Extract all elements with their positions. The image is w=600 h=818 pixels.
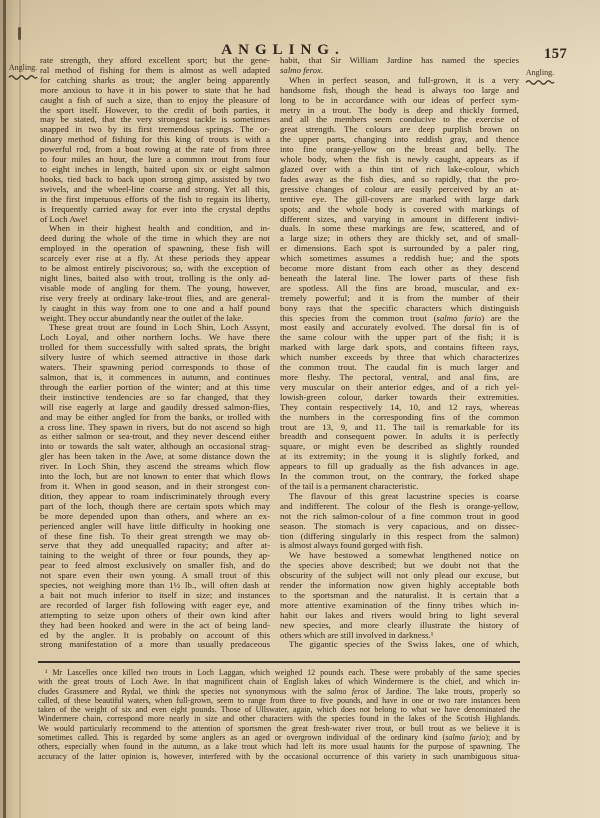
text-line: Loch Loyal, and other northern lochs. We… xyxy=(40,333,270,343)
text-line: rise very freely at ordinary lake-trout … xyxy=(40,294,270,304)
text-line: in the first impetuous efforts of the fi… xyxy=(40,195,270,205)
text-line: very muscular on their anterior edges, a… xyxy=(280,383,519,393)
page-gutter-line xyxy=(3,0,6,818)
text-line: and all the members seem conducive to th… xyxy=(280,115,519,125)
text-line: their instinctive tendencies are so far … xyxy=(40,393,270,403)
text-line: with the great trouts of Loch Awe. In th… xyxy=(38,677,520,686)
text-line: tentive eye. The gill-covers are marked … xyxy=(280,195,519,205)
text-line: long to be in accordance with our ideas … xyxy=(280,96,519,106)
text-line: beneath the lateral line. The lower part… xyxy=(280,274,519,284)
text-line: and may be either angled for from the ba… xyxy=(40,413,270,423)
text-line: not spare even their own young. A small … xyxy=(40,571,270,581)
text-line: taken of the weight of six and even eigh… xyxy=(38,705,520,714)
text-line: of these fine fish. To their great stren… xyxy=(40,532,270,542)
text-line: others which are still involved in darkn… xyxy=(280,631,519,641)
text-line: of the tail is a permanent characteristi… xyxy=(280,482,519,492)
text-line: scarcely ever rise at a fly. At these pe… xyxy=(40,254,270,264)
text-line: They contain respectively 14, 10, and 12… xyxy=(280,403,519,413)
text-line: er dimensions. Each spot is surrounded b… xyxy=(280,244,519,254)
page-number: 157 xyxy=(544,46,567,63)
text-line: gressive changes of colour are easily pe… xyxy=(280,185,519,195)
page-gutter-line-faint xyxy=(19,0,21,818)
text-line: ly caught in this way from one to one an… xyxy=(40,304,270,314)
text-line: are recorded of larger fish following wi… xyxy=(40,601,270,611)
text-line: which sometimes assumes a reddish hue; a… xyxy=(280,254,519,264)
text-line: different sizes, and varying in amount i… xyxy=(280,215,519,225)
wavy-flourish-icon xyxy=(525,78,555,86)
text-line: a large size; in others they are thickly… xyxy=(280,234,519,244)
text-line: may be stated, that the very strongest t… xyxy=(40,115,270,125)
text-line: We would particularly recommend to the a… xyxy=(38,724,520,733)
text-line: square, or might even be described as sl… xyxy=(280,442,519,452)
text-line: the common trout. The caudal fin is much… xyxy=(280,363,519,373)
text-line: spots; and the whole body is covered wit… xyxy=(280,205,519,215)
text-line: obscurity of the subject will not only p… xyxy=(280,571,519,581)
text-line: into fine orange-yellow on the breast an… xyxy=(280,145,519,155)
text-line: glazed over with a thin tint of rich lak… xyxy=(280,165,519,175)
text-line: for catching sharks as trout; the angler… xyxy=(40,76,270,86)
text-line: more fleshy. The pectoral, ventral, and … xyxy=(280,373,519,383)
text-line: trout are 13, 9, and 11. The tail is rem… xyxy=(280,423,519,433)
text-line: this species from the common trout (salm… xyxy=(280,314,519,324)
text-line: is almost always found gorged with fish. xyxy=(280,541,519,551)
text-line: habit our lakes and rivers would bring t… xyxy=(280,611,519,621)
text-line: into or towards the salt water, although… xyxy=(40,442,270,452)
text-line: waters. Their spawning period correspond… xyxy=(40,363,270,373)
text-column-left: rate strength, they afford excellent spo… xyxy=(40,56,270,650)
text-line: great strength. The colours are deep pur… xyxy=(280,125,519,135)
text-line: at its extremity; in the young it is sli… xyxy=(280,452,519,462)
text-line: tremely powerful; and it is from the num… xyxy=(280,294,519,304)
text-line: of Loch Awe! xyxy=(40,215,270,225)
text-line: become more distant from each other as t… xyxy=(280,264,519,274)
text-line: ¹ Mr Lascelles once killed two trouts in… xyxy=(38,668,520,677)
text-line: the upper parts, changing into reddish g… xyxy=(280,135,519,145)
margin-note-left-label: Angling. xyxy=(9,63,37,72)
text-line: hooks, tied back to back upon strong gim… xyxy=(40,175,270,185)
text-line: visable mode of angling for them. The yo… xyxy=(40,284,270,294)
text-line: rate strength, they afford excellent spo… xyxy=(40,56,270,66)
text-line: lowish-green colour, darker towards thei… xyxy=(280,393,519,403)
text-line: appears to fill up gradually as the fish… xyxy=(280,462,519,472)
footnote: ¹ Mr Lascelles once killed two trouts in… xyxy=(38,668,520,761)
text-line: ral method of fishing for them is almost… xyxy=(40,66,270,76)
margin-note-right-label: Angling. xyxy=(526,68,554,77)
text-line: through the earlier portion of the winte… xyxy=(40,383,270,393)
text-line: more attentive examination of the finny … xyxy=(280,601,519,611)
text-line: a cross line. They spawn in rivers, but … xyxy=(40,423,270,433)
text-line: dition, they appear to roam indiscrimina… xyxy=(40,492,270,502)
text-line: season. The stomach is very capacious, a… xyxy=(280,522,519,532)
text-line: These great trout are found in Loch Shin… xyxy=(40,323,270,333)
text-line: river. In Loch Shin, they ascend the str… xyxy=(40,462,270,472)
text-line: habit, that Sir William Jardine has name… xyxy=(280,56,519,66)
text-line: We have bestowed a somewhat lengthened n… xyxy=(280,551,519,561)
text-line: into the loch, but are not known to ente… xyxy=(40,472,270,482)
text-line: In the common trout, on the contrary, th… xyxy=(280,472,519,482)
text-line: more anxious to have it in his power to … xyxy=(40,86,270,96)
text-line: and indifferent. The colour of the flesh… xyxy=(280,502,519,512)
text-column-right: habit, that Sir William Jardine has name… xyxy=(280,56,519,650)
text-line: When in perfect season, and full-grown, … xyxy=(280,76,519,86)
text-line: weight. They occur abundantly near the o… xyxy=(40,314,270,324)
text-line: metry in a trout. The body is deep and t… xyxy=(280,106,519,116)
text-line: be more depended upon than others, and w… xyxy=(40,512,270,522)
text-line: a bait not much inferior to itself in si… xyxy=(40,591,270,601)
text-line: the sport itself. However, to the credit… xyxy=(40,106,270,116)
text-line: caught a fish of such a size, than to en… xyxy=(40,96,270,106)
text-line: swivels, and the wheel-line coarse and s… xyxy=(40,185,270,195)
text-line: to four miles an hour, the lure a common… xyxy=(40,155,270,165)
text-line: serve that they add unequalled rapacity;… xyxy=(40,541,270,551)
text-line: dinary method of fishing for this king o… xyxy=(40,135,270,145)
margin-note-left: Angling. xyxy=(6,63,40,81)
text-line: night lines, baited also with trout, tro… xyxy=(40,274,270,284)
text-line: from it. When in good season, and in the… xyxy=(40,482,270,492)
text-line: the same colour with the upper part of t… xyxy=(280,333,519,343)
text-line: part of the loch, though there are certa… xyxy=(40,502,270,512)
text-line: they had been hooked and were in the act… xyxy=(40,621,270,631)
text-line: employed in the operation of spawning, t… xyxy=(40,244,270,254)
text-line: ed by the angler. It is probably on acco… xyxy=(40,631,270,641)
text-line: When in their highest health and conditi… xyxy=(40,224,270,234)
text-line: to eight inches in length, baited upon s… xyxy=(40,165,270,175)
text-line: taining to the weight of three or four p… xyxy=(40,551,270,561)
text-line: to be almost entirely piscivorous; so, w… xyxy=(40,264,270,274)
text-line: is frequently carried away for ever into… xyxy=(40,205,270,215)
text-line: powerful rod, from a boat rowing at the … xyxy=(40,145,270,155)
text-line: salmon, that is, it commences in autumn,… xyxy=(40,373,270,383)
text-line: will rise eagerly at large and gaudily d… xyxy=(40,403,270,413)
text-line: render the information now given highly … xyxy=(280,581,519,591)
text-line: are spotless. All the fins are broad, mu… xyxy=(280,284,519,294)
text-line: salmo ferox. xyxy=(280,66,519,76)
text-line: cludes Grassmere and Rydal, we think the… xyxy=(38,687,520,696)
text-line: The flavour of this great lacustrine spe… xyxy=(280,492,519,502)
text-line: species, not weighing more than 1½ lb., … xyxy=(40,581,270,591)
text-line: gler has been taken in the Awe, at some … xyxy=(40,452,270,462)
text-line: bony rays that the specific characters w… xyxy=(280,304,519,314)
text-line: sometimes called. This is regarded by so… xyxy=(38,733,520,742)
text-line: fades away as the fish dies, and so rapi… xyxy=(280,175,519,185)
text-line: deed during the whole of the time in whi… xyxy=(40,234,270,244)
text-line: tion (differing singularly in this respe… xyxy=(280,532,519,542)
text-line: Windermere chain, correspond more nearly… xyxy=(38,714,520,723)
text-line: pear to feed almost exclusively on small… xyxy=(40,561,270,571)
text-line: most easily and accurately evolved. The … xyxy=(280,323,519,333)
footnote-separator-rule xyxy=(38,661,520,663)
edge-mark xyxy=(18,27,21,40)
text-line: accuracy of the latter opinion is, howev… xyxy=(38,752,520,761)
text-line: not the rich salmon-colour of a fine com… xyxy=(280,512,519,522)
wavy-flourish-icon xyxy=(8,73,38,81)
text-line: called, of these beautiful waters, when … xyxy=(38,696,520,705)
text-line: to the sportsman and the naturalist. It … xyxy=(280,591,519,601)
text-line: perienced angler will have little diffic… xyxy=(40,522,270,532)
book-page: ANGLING. 157 Angling. Angling. rate stre… xyxy=(0,0,600,818)
text-line: whole body, when the fish is newly caugh… xyxy=(280,155,519,165)
margin-note-right: Angling. xyxy=(521,68,559,86)
text-line: strong manifestation of a more than usua… xyxy=(40,640,270,650)
text-line: snapped in two by its first tremendous s… xyxy=(40,125,270,135)
text-line: handsome fish, though the head is always… xyxy=(280,86,519,96)
text-line: trolled for them successfully with salte… xyxy=(40,343,270,353)
text-line: which number exceeds by three that which… xyxy=(280,353,519,363)
text-line: the numbers in the corresponding fins of… xyxy=(280,413,519,423)
text-line: others, especially when found in the aut… xyxy=(38,742,520,751)
text-line: breadth and consequent power. In adults … xyxy=(280,432,519,442)
text-line: marked with large dark spots, and contai… xyxy=(280,343,519,353)
text-line: as either salmon or sea-trout, and they … xyxy=(40,432,270,442)
text-line: The gigantic species of the Swiss lakes,… xyxy=(280,640,519,650)
text-line: new species, and more clearly illustrate… xyxy=(280,621,519,631)
text-line: silvery lustre of which seemed attractiv… xyxy=(40,353,270,363)
text-line: duals. In some these markings are few, s… xyxy=(280,224,519,234)
text-line: the species above described; but we doub… xyxy=(280,561,519,571)
text-line: attempting to seize upon others of their… xyxy=(40,611,270,621)
